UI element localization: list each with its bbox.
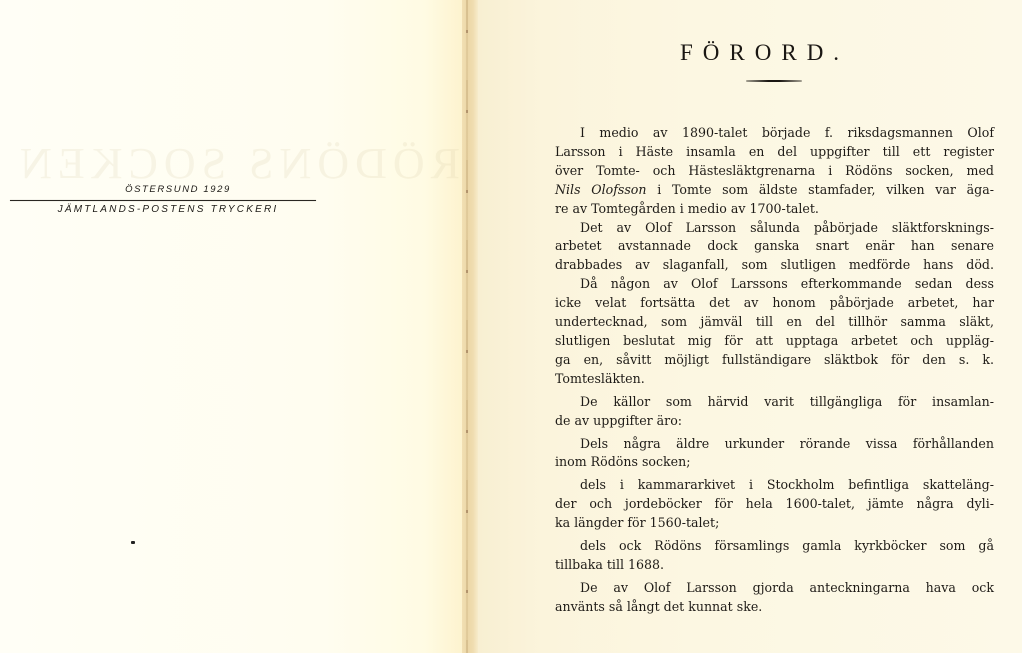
gutter-stitching	[466, 0, 468, 653]
text-line: ka längder för 1560-talet;	[555, 514, 994, 533]
text-line: De av Olof Larsson gjorda anteckningarna…	[555, 579, 994, 598]
text-line: Tomtesläkten.	[555, 370, 994, 389]
imprint-rule	[10, 200, 316, 201]
text-line: slutligen beslutat mig för att upptaga a…	[555, 332, 994, 351]
showthrough-title: RÖDÖNS SOCKEN	[0, 138, 460, 189]
paragraph-1: I medio av 1890-talet började f. riksdag…	[555, 124, 994, 219]
text-line: använts så långt det kunnat ske.	[555, 598, 994, 617]
paragraph-6: dels i kammararkivet i Stockholm befintl…	[555, 476, 994, 533]
page-heading: FÖRORD.	[680, 40, 880, 66]
text-line: tillbaka till 1688.	[555, 556, 994, 575]
text-line: över Tomte- och Hästesläktgrenarna i Röd…	[555, 162, 994, 181]
text-line: I medio av 1890-talet började f. riksdag…	[555, 124, 994, 143]
text-line: arbetet avstannade dock ganska snart enä…	[555, 237, 994, 256]
text-line: Det av Olof Larsson sålunda påbörjade sl…	[555, 219, 994, 238]
foreword-body: I medio av 1890-talet började f. riksdag…	[555, 124, 994, 617]
text-line: Larsson i Häste insamla en del uppgifter…	[555, 143, 994, 162]
text-fragment: i Tomte som äldste stamfader, vilken var…	[646, 182, 994, 197]
text-line: Dels några äldre urkunder rörande vissa …	[555, 435, 994, 454]
ancestor-name: Nils Olofsson	[555, 182, 646, 197]
text-line: ga en, såvitt möjligt fullständigare slä…	[555, 351, 994, 370]
heading-rule	[746, 80, 802, 82]
paragraph-5: Dels några äldre urkunder rörande vissa …	[555, 435, 994, 473]
text-line: Nils Olofsson i Tomte som äldste stamfad…	[555, 181, 994, 200]
book-spread: RÖDÖNS SOCKEN ÖSTERSUND 1929 JÄMTLANDS-P…	[0, 0, 1022, 653]
text-line: re av Tomtegården i medio av 1700-talet.	[555, 200, 994, 219]
text-line: Då någon av Olof Larssons efterkommande …	[555, 275, 994, 294]
ink-speck	[131, 541, 135, 544]
book-gutter	[462, 0, 478, 653]
left-page: RÖDÖNS SOCKEN ÖSTERSUND 1929 JÄMTLANDS-P…	[0, 0, 462, 653]
imprint-printer: JÄMTLANDS-POSTENS TRYCKERI	[20, 204, 316, 216]
paragraph-4: De källor som härvid varit tillgängliga …	[555, 393, 994, 431]
text-line: dels ock Rödöns församlings gamla kyrkbö…	[555, 537, 994, 556]
imprint-block: ÖSTERSUND 1929 JÄMTLANDS-POSTENS TRYCKER…	[10, 184, 316, 216]
text-line: inom Rödöns socken;	[555, 453, 994, 472]
paragraph-7: dels ock Rödöns församlings gamla kyrkbö…	[555, 537, 994, 575]
text-line: icke velat fortsätta det av honom påbörj…	[555, 294, 994, 313]
text-line: drabbades av slaganfall, som slutligen m…	[555, 256, 994, 275]
showthrough-smudge	[80, 300, 280, 315]
text-line: der och jordeböcker för hela 1600-talet,…	[555, 495, 994, 514]
imprint-place-year: ÖSTERSUND 1929	[40, 184, 316, 196]
paragraph-8: De av Olof Larsson gjorda anteckningarna…	[555, 579, 994, 617]
paragraph-2: Det av Olof Larsson sålunda påbörjade sl…	[555, 219, 994, 276]
text-line: undertecknad, som jämväl till en del til…	[555, 313, 994, 332]
text-line: De källor som härvid varit tillgängliga …	[555, 393, 994, 412]
text-line: dels i kammararkivet i Stockholm befintl…	[555, 476, 994, 495]
paragraph-3: Då någon av Olof Larssons efterkommande …	[555, 275, 994, 388]
text-line: de av uppgifter äro:	[555, 412, 994, 431]
